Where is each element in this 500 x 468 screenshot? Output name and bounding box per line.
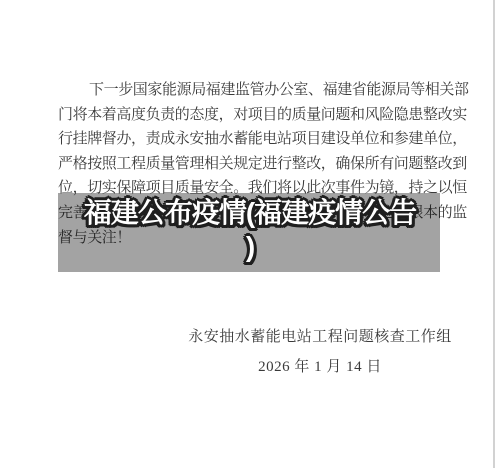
scan-edge-line <box>493 0 495 468</box>
watermark-title-line2: ) <box>0 230 500 264</box>
document-text-line: 行挂牌督办，责成永安抽水蓄能电站项目建设单位和参建单位， <box>58 127 462 152</box>
watermark-title-line1: 福建公布疫情(福建疫情公告 <box>0 196 500 230</box>
watermark-title: 福建公布疫情(福建疫情公告 ) <box>0 196 500 264</box>
scanned-document-page: 下一步国家能源局福建监管办公室、福建省能源局等相关部 门将本着高度负责的态度，对… <box>0 0 500 468</box>
document-text-line: 下一步国家能源局福建监管办公室、福建省能源局等相关部 <box>58 78 462 103</box>
signature-line: 永安抽水蓄能电站工程问题核查工作组 <box>170 322 470 352</box>
signature-block: 永安抽水蓄能电站工程问题核查工作组 2026 年 1 月 14 日 <box>170 322 470 382</box>
document-text-line: 门将本着高度负责的态度，对项目的质量问题和风险隐患整改实 <box>58 103 462 128</box>
document-text-line: 严格按照工程质量管理相关规定进行整改，确保所有问题整改到 <box>58 152 462 177</box>
date-line: 2026 年 1 月 14 日 <box>170 352 470 382</box>
